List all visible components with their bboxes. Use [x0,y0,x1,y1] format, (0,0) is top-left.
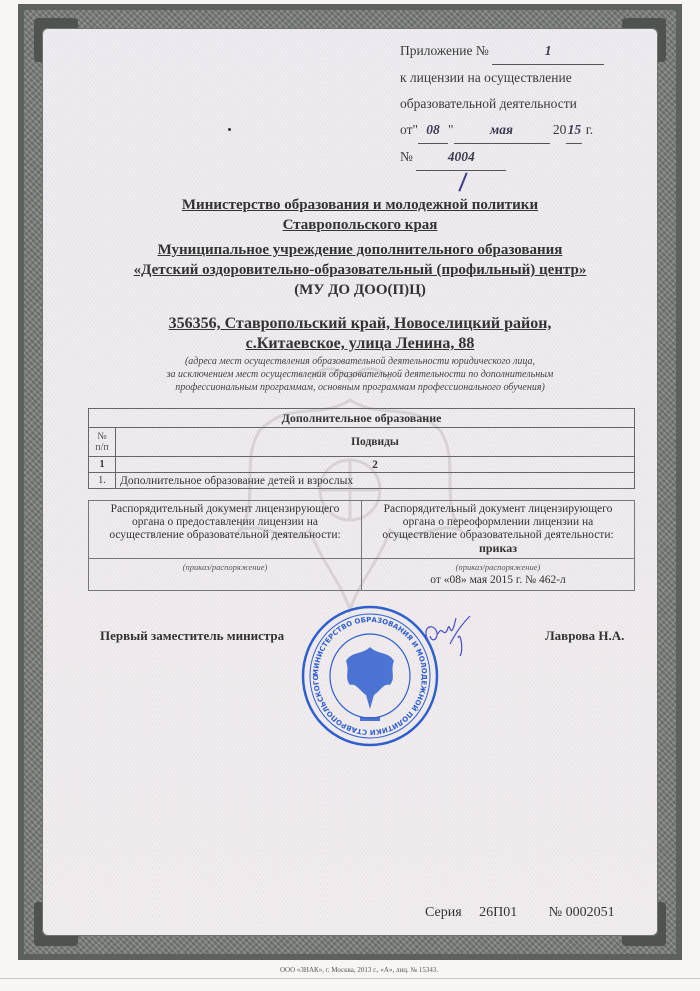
reissue-order-cell: Распорядительный документ лицензирующего… [362,501,635,559]
date-day: 08 [418,117,448,144]
blank-number-label: № [549,905,562,920]
grant-order-header: Распорядительный документ лицензирующего… [95,503,355,542]
col-subtypes-header: Подвиды [116,428,635,457]
printer-imprint: ООО «ЗНАК», г. Москва, 2013 г., «А», лиц… [280,966,438,974]
reissue-order-details: от «08» мая 2015 г. № 462-л [368,574,628,587]
license-number-label: № [400,149,413,164]
address-note: (адреса мест осуществления образовательн… [110,355,610,394]
date-suffix: г. [586,122,593,137]
appendix-header: Приложение № 1 к лицензии на осуществлен… [400,38,630,171]
education-table: Дополнительное образование № п/п Подвиды… [88,408,635,489]
signature-icon [420,610,480,658]
ministry-line-1: Министерство образования и молодежной по… [110,195,610,215]
reissue-order-caption: (приказ/распоряжение) [368,561,628,574]
address-note-line: профессиональным программам, основным пр… [110,381,610,394]
org-line-2: «Детский оздоровительно-образовательный … [110,260,610,280]
row-number: 1. [89,473,116,489]
grant-order-cell: Распорядительный документ лицензирующего… [89,501,362,559]
official-stamp-icon: МИНИСТЕРСТВО ОБРАЗОВАНИЯ И МОЛОДЕЖНОЙ ПО… [300,605,440,747]
reissue-order-details-cell: (приказ/распоряжение) от «08» мая 2015 г… [362,559,635,591]
grant-order-caption: (приказ/распоряжение) [95,561,355,574]
license-number: 4004 [416,144,506,171]
col-subtypes-index: 2 [116,457,635,473]
series-label: Серия [425,905,462,920]
reissue-order-header: Распорядительный документ лицензирующего… [368,503,628,542]
grant-order-details-cell: (приказ/распоряжение) [89,559,362,591]
address: 356356, Ставропольский край, Новоселицки… [110,314,610,354]
blank-series: Серия 26П01 № 0002051 [425,905,615,921]
appendix-line-2: к лицензии на осуществление [400,65,630,91]
orders-table: Распорядительный документ лицензирующего… [88,500,635,591]
address-line-1: 356356, Ставропольский край, Новоселицки… [110,314,610,334]
reissue-order-type: приказ [368,542,628,555]
address-note-line: за исключением мест осуществления образо… [110,368,610,381]
address-note-line: (адреса мест осуществления образовательн… [110,355,610,368]
ministry-line-2: Ставропольского края [110,215,610,235]
row-subtype: Дополнительное образование детей и взрос… [116,473,635,489]
blank-number-value: 0002051 [566,905,615,920]
signer-name: Лаврова Н.А. [545,628,624,644]
col-num-header: № п/п [89,428,116,457]
date-month: мая [454,117,550,144]
date-year-prefix: 20 [553,122,567,137]
grant-order-details [95,574,355,588]
appendix-line-3: образовательной деятельности [400,91,630,117]
education-table-title: Дополнительное образование [89,409,635,428]
scan-edge [0,978,700,979]
date-year-suffix: 15 [566,117,582,144]
date-prefix: от [400,122,412,137]
table-row: 1. Дополнительное образование детей и вз… [89,473,635,489]
col-num-index: 1 [89,457,116,473]
appendix-label: Приложение № [400,43,489,58]
ministry-name: Министерство образования и молодежной по… [110,195,610,235]
series-value: 26П01 [479,905,517,920]
appendix-number: 1 [492,38,604,65]
ink-dot [228,128,231,131]
organization-name: Муниципальное учреждение дополнительного… [110,240,610,300]
org-line-1: Муниципальное учреждение дополнительного… [110,240,610,260]
org-line-3: (МУ ДО ДОО(П)Ц) [110,280,610,300]
signer-position: Первый заместитель министра [100,628,284,644]
grant-order-type [95,542,355,556]
address-line-2: с.Китаевское, улица Ленина, 88 [110,334,610,354]
